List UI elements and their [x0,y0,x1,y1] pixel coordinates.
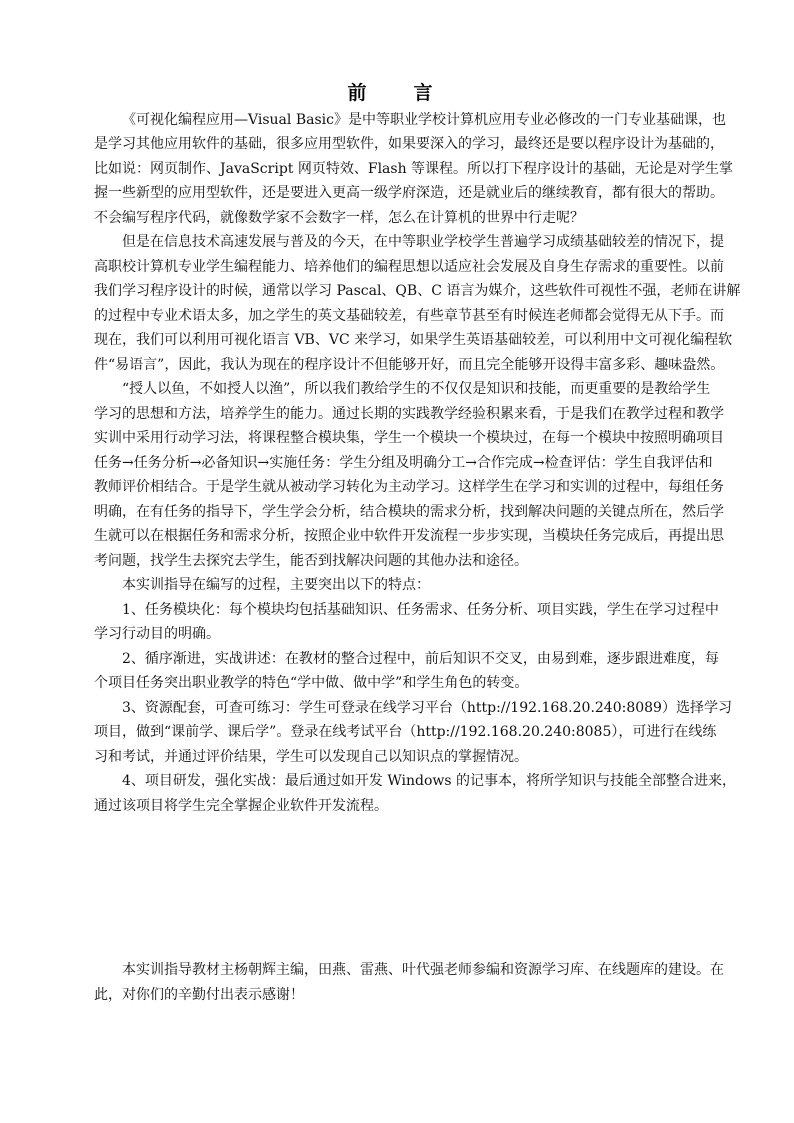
paragraph-1-line-4: 握一些新型的应用型软件，还是要进入更高一级学府深造，还是就业后的继续教育，都有很… [94,183,706,203]
feature-3-line-3: 习和考试，并通过评价结果，学生可以发现自己以知识点的掌握情况。 [94,747,706,767]
paragraph-3-line-7: 生就可以在根据任务和需求分析，按照企业中软件开发流程一步步实现，当模块任务完成后… [94,526,706,546]
paragraph-1-line-5: 不会编写程序代码，就像数学家不会数字一样，怎么在计算机的世界中行走呢？ [94,208,706,228]
paragraph-3-line-2: 学习的思想和方法，培养学生的能力。通过长期的实践教学经验积累来看，于是我们在教学… [94,404,706,424]
feature-1-line-2: 学习行动目的明确。 [94,624,706,644]
document-page: 前 言 《可视化编程应用—Visual Basic》是中等职业学校计算机应用专业… [0,0,794,1123]
paragraph-2-line-1: 但是在信息技术高速发展与普及的今天，在中等职业学校学生普遍学习成绩基础较差的情况… [122,232,706,252]
paragraph-3-line-8: 考问题，找学生去探究去学生，能否到找解决问题的其他办法和途径。 [94,551,706,571]
feature-3-line-1: 3、资源配套，可查可练习：学生可登录在线学习平台（http://192.168.… [122,698,706,718]
feature-4-line-2: 通过该项目将学生完全掌握企业软件开发流程。 [94,796,706,816]
paragraph-3-line-4: 任务→任务分析→必备知识→实施任务：学生分组及明确分工→合作完成→检查评估：学生… [94,453,706,473]
paragraph-3-line-6: 明确，在有任务的指导下，学生学会分析，结合模块的需求分析，找到解决问题的关键点所… [94,502,706,522]
feature-1-line-1: 1、任务模块化：每个模块均包括基础知识、任务需求、任务分析、项目实践，学生在学习… [122,600,706,620]
paragraph-1-line-2: 是学习其他应用软件的基础，很多应用型软件，如果要深入的学习，最终还是要以程序设计… [94,134,706,154]
feature-3-line-2: 项目，做到“课前学、课后学”。登录在线考试平台（http://192.168.2… [94,722,706,742]
paragraph-2-line-5: 现在，我们可以利用可视化语言 VB、VC 来学习，如果学生英语基础较差，可以利用… [94,330,706,350]
paragraph-2-line-4: 的过程中专业术语太多，加之学生的英文基础较差，有些章节甚至有时候连老师都会觉得无… [94,306,706,326]
paragraph-2-line-6: 件“易语言”，因此，我认为现在的程序设计不但能够开好，而且完全能够开设得丰富多彩… [94,355,706,375]
feature-2-line-2: 个项目任务突出职业教学的特色“学中做、做中学”和学生角色的转变。 [94,673,706,693]
feature-4-line-1: 4、项目研发，强化实战：最后通过如开发 Windows 的记事本，将所学知识与技… [122,771,706,791]
paragraph-3-line-1: “授人以鱼，不如授人以渔”，所以我们教给学生的不仅仅是知识和技能，而更重要的是教… [122,379,706,399]
paragraph-2-line-2: 高职校计算机专业学生编程能力、培养他们的编程思想以适应社会发展及自身生存需求的重… [94,257,706,277]
acknowledgement-line-1: 本实训指导教材主杨朝辉主编，田燕、雷燕、叶代强老师参编和资源学习库、在线题库的建… [122,960,706,980]
page-title: 前 言 [0,82,794,104]
feature-2-line-1: 2、循序渐进，实战讲述：在教材的整合过程中，前后知识不交叉，由易到难，逐步跟进难… [122,649,706,669]
paragraph-1-line-3: 比如说：网页制作、JavaScript 网页特效、Flash 等课程。所以打下程… [94,159,706,179]
acknowledgement-line-2: 此，对你们的辛勤付出表示感谢！ [94,985,706,1005]
paragraph-2-line-3: 我们学习程序设计的时候，通常以学习 Pascal、QB、C 语言为媒介，这些软件… [94,281,706,301]
paragraph-1-line-1: 《可视化编程应用—Visual Basic》是中等职业学校计算机应用专业必修改的… [122,110,706,130]
paragraph-3-line-5: 教师评价相结合。于是学生就从被动学习转化为主动学习。这样学生在学习和实训的过程中… [94,477,706,497]
paragraph-3-line-3: 实训中采用行动学习法，将课程整合模块集，学生一个模块一个模块过，在每一个模块中按… [94,428,706,448]
features-intro: 本实训指导在编写的过程，主要突出以下的特点： [122,575,706,595]
